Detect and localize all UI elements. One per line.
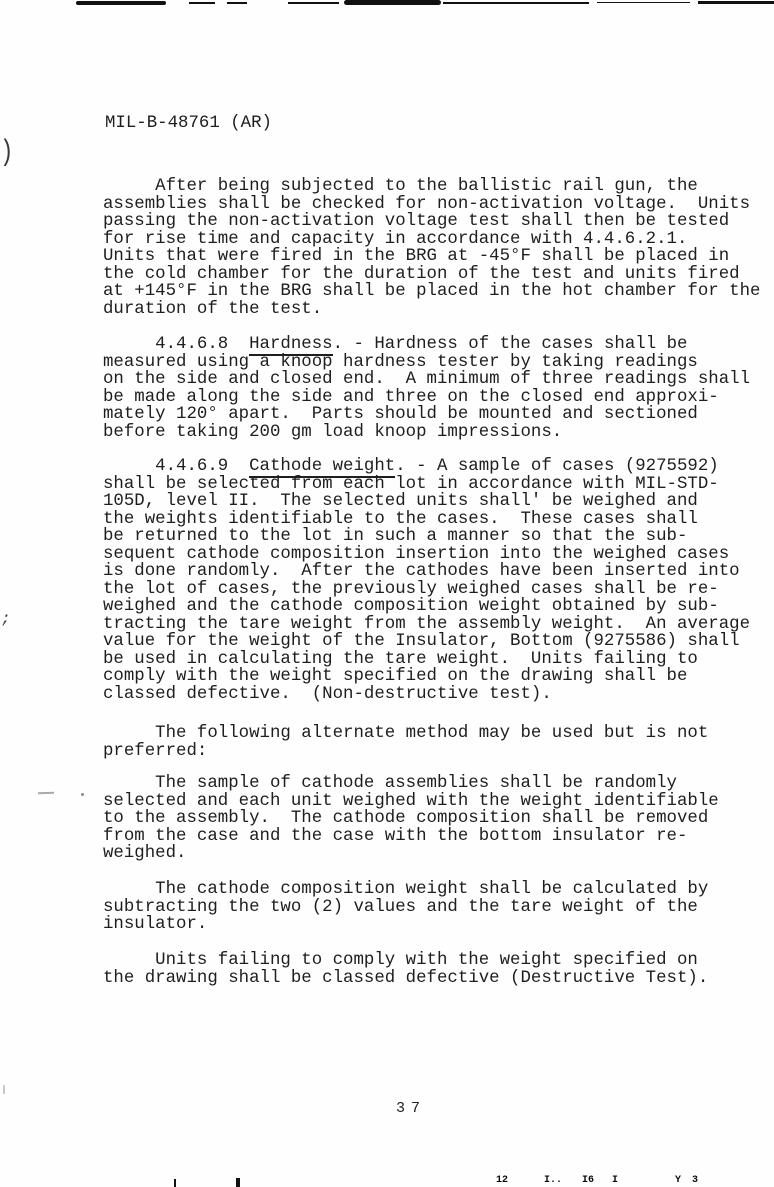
scan-artifact-bottom-fragment: I6 xyxy=(582,1176,594,1186)
scan-artifact-bottom-fragment: I.. xyxy=(544,1176,562,1186)
scan-artifact-top-bar xyxy=(288,2,339,4)
scan-artifact-top-bar xyxy=(227,2,247,4)
scan-artifact-bottom-fragment: 3 xyxy=(692,1176,698,1186)
paragraph-text: The cathode composition weight shall be … xyxy=(103,880,708,934)
scan-artifact-dash xyxy=(38,792,54,795)
document-id-header: MIL-B-48761 (AR) xyxy=(105,115,272,133)
scanned-document-page: ) ; MIL-B-48761 (AR) After being subject… xyxy=(0,0,774,1187)
paragraph-alternate-method: The following alternate method may be us… xyxy=(103,725,774,760)
paragraph-defective-units: Units failing to comply with the weight … xyxy=(103,952,774,987)
scan-artifact-top-bar xyxy=(698,1,774,4)
scan-artifact-speck xyxy=(3,1085,5,1094)
section-number: 4.4.6.8 xyxy=(103,335,249,354)
scan-artifact-bottom-fragment: 12 xyxy=(496,1176,508,1186)
scan-artifact-top-bar xyxy=(597,2,690,3)
scan-artifact-bottom-fragment: Y xyxy=(675,1176,681,1186)
section-body: . - A sample of cases (9275592) shall be… xyxy=(103,457,750,704)
paragraph-text: After being subjected to the ballistic r… xyxy=(103,177,760,319)
scan-artifact-bottom-tick xyxy=(236,1178,240,1187)
page-number: 37 xyxy=(396,1100,426,1117)
scan-artifact-top-bar xyxy=(189,2,215,4)
scan-artifact-top-bar xyxy=(76,1,166,5)
scan-artifact-dot xyxy=(81,793,84,796)
scan-artifact-bottom-fragment: I xyxy=(612,1176,618,1186)
section-number: 4.4.6.9 xyxy=(103,457,249,476)
paragraph-brg-test: After being subjected to the ballistic r… xyxy=(103,178,774,318)
paragraph-text: The following alternate method may be us… xyxy=(103,724,708,761)
scan-artifact-top-bar xyxy=(443,2,589,4)
scan-artifact-top-bar xyxy=(344,0,441,5)
paragraph-weight-calculation: The cathode composition weight shall be … xyxy=(103,881,774,934)
paragraph-text: The sample of cathode assemblies shall b… xyxy=(103,774,719,863)
section-4-4-6-8-hardness: 4.4.6.8 Hardness. - Hardness of the case… xyxy=(103,336,774,441)
paragraph-text: Units failing to comply with the weight … xyxy=(103,951,708,988)
paragraph-sample-weighing: The sample of cathode assemblies shall b… xyxy=(103,775,774,863)
scan-artifact-bottom-tick xyxy=(174,1179,176,1187)
section-4-4-6-9-cathode-weight: 4.4.6.9 Cathode weight. - A sample of ca… xyxy=(103,458,774,703)
scan-artifact-paren: ) xyxy=(0,136,14,170)
scan-artifact-semicolon: ; xyxy=(1,610,11,628)
